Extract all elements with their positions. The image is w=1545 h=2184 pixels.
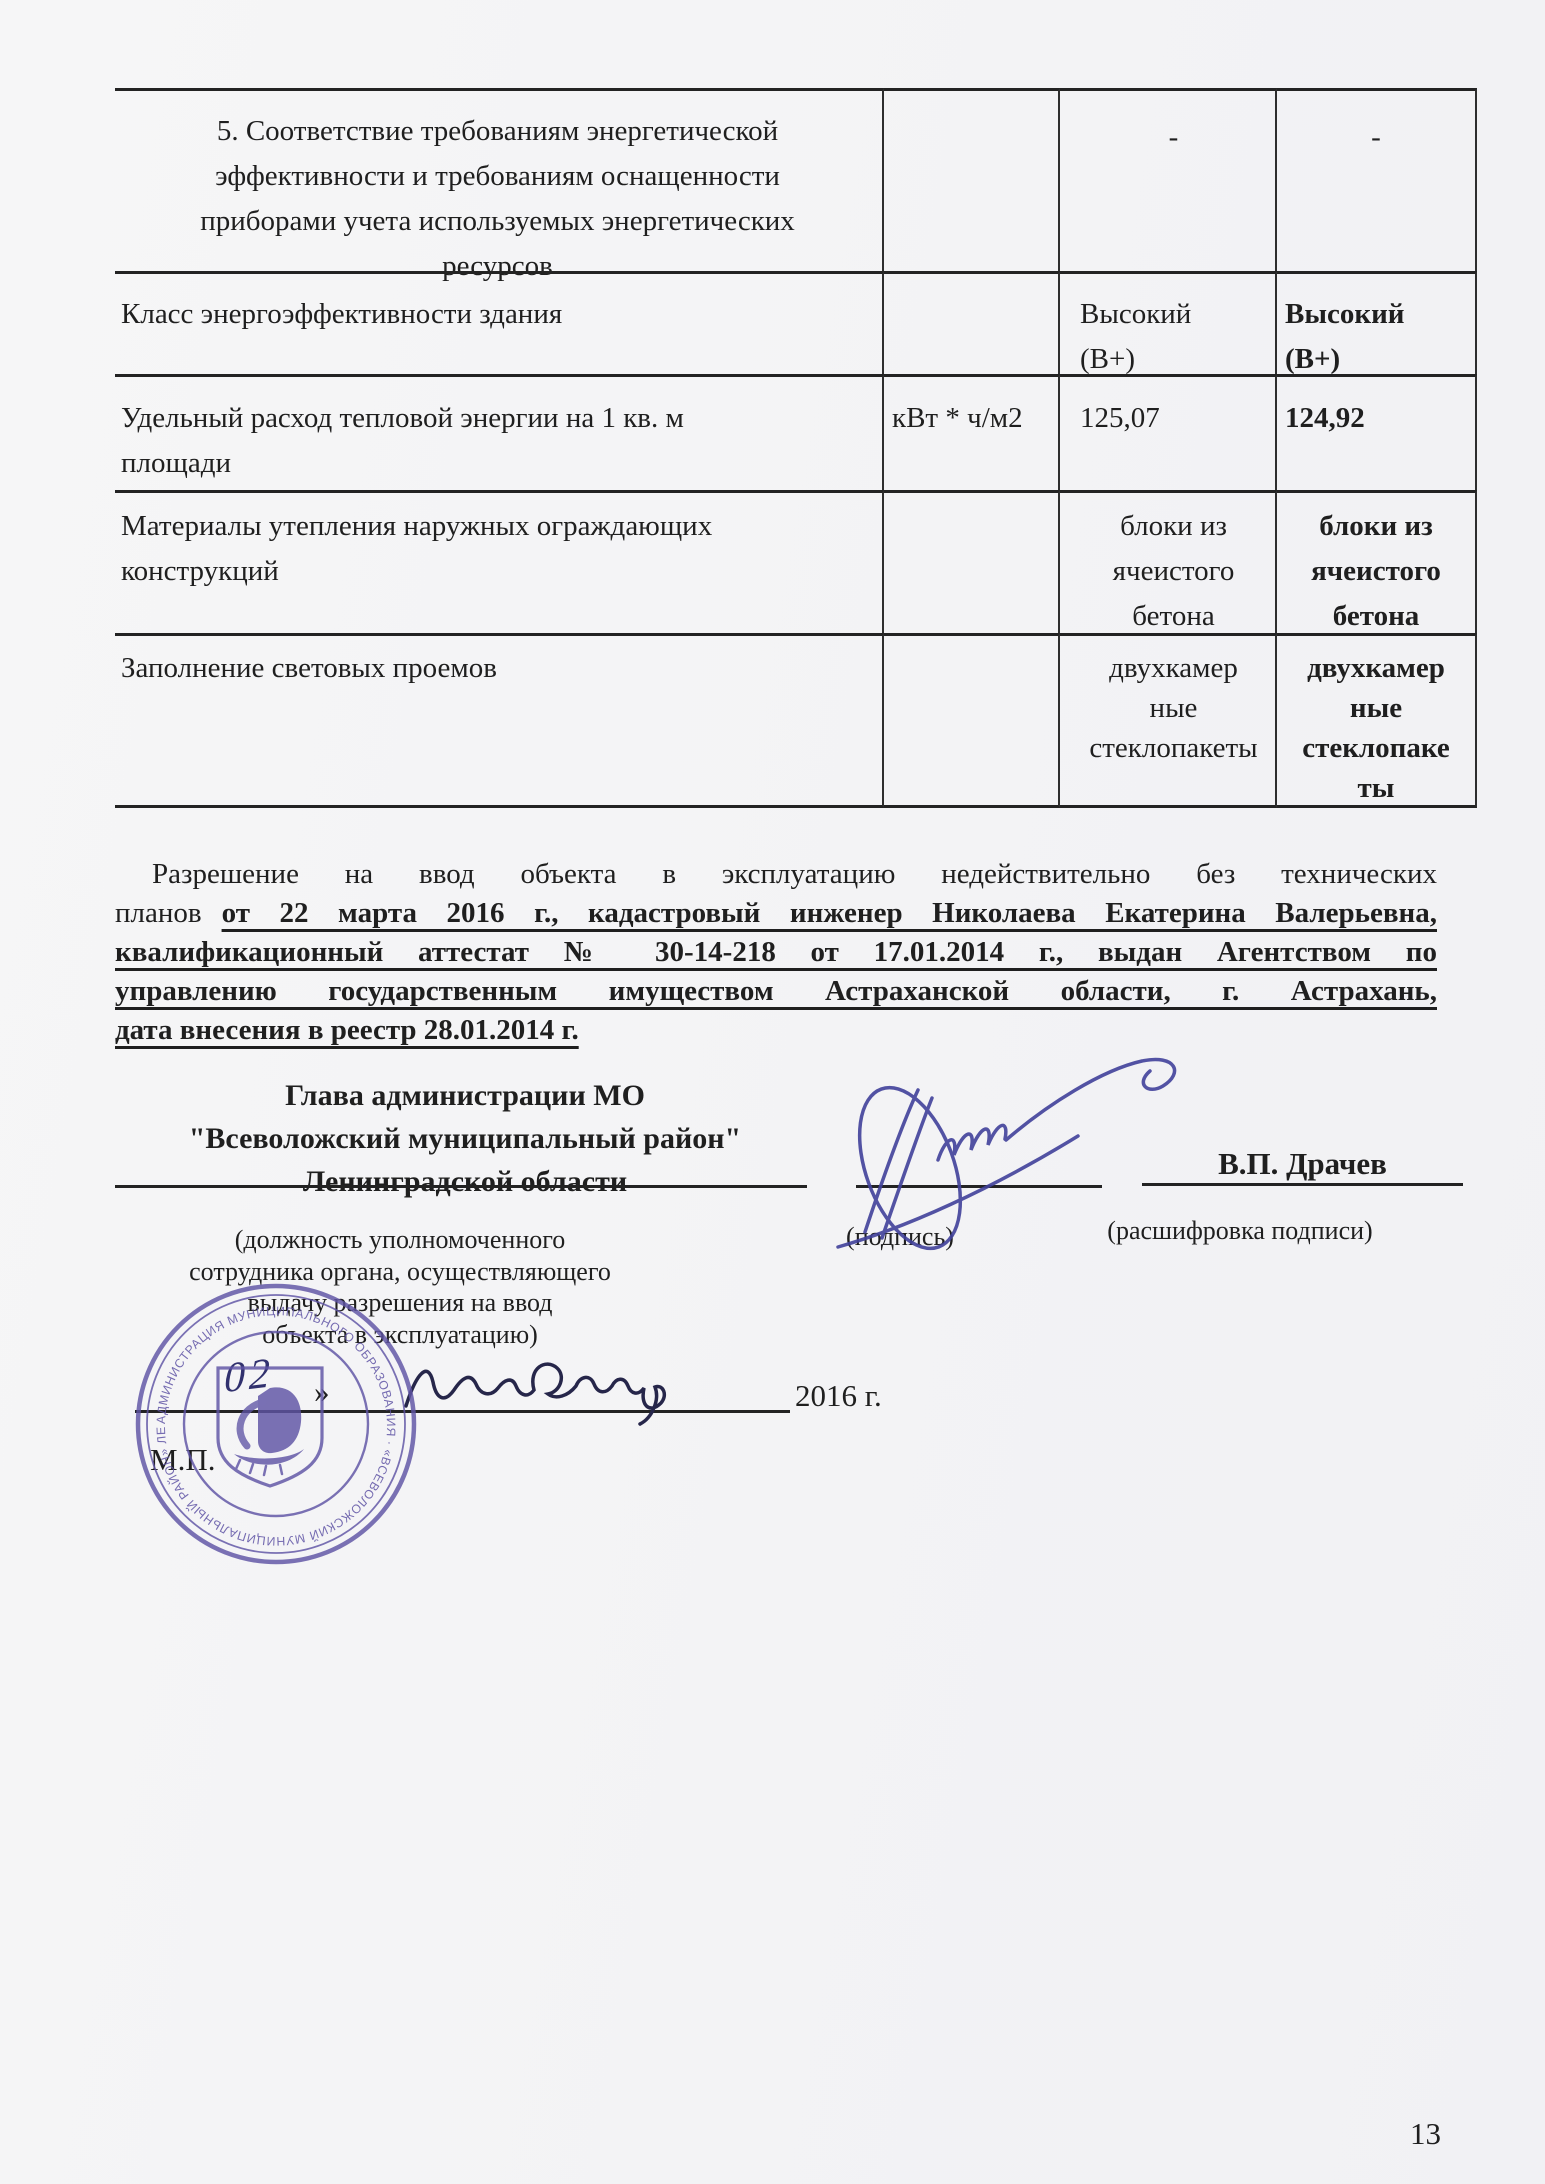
- value-cell-actual: -: [1277, 88, 1477, 271]
- registry-date-info: дата внесения в реестр 28.01.2014 г.: [115, 1014, 579, 1046]
- year-label: 2016 г.: [795, 1378, 882, 1414]
- paragraph-line: плановот 22 марта 2016 г., кадастровый и…: [115, 894, 1437, 933]
- page-number: 13: [1410, 2116, 1441, 2152]
- handwritten-signature: [810, 1040, 1240, 1270]
- handwritten-month: [400, 1348, 690, 1433]
- value-cell-design: Высокий (В+): [1060, 271, 1277, 374]
- value-cell-design: 125,07: [1060, 374, 1277, 490]
- value-cell-design: двухкамер ные стеклопакеты: [1060, 633, 1277, 808]
- value-cell-design: -: [1060, 88, 1277, 271]
- position-underline: [115, 1185, 807, 1188]
- unit-cell: кВт * ч/м2: [884, 374, 1060, 490]
- unit-cell: [884, 633, 1060, 808]
- value-cell-actual: Высокий (В+): [1277, 271, 1477, 374]
- row-label: Удельный расход тепловой энергии на 1 кв…: [115, 374, 884, 490]
- value-cell-design: блоки из ячеистого бетона: [1060, 490, 1277, 633]
- scanned-document-page: 5. Соответствие требованиям энергетическ…: [0, 0, 1545, 2184]
- value-cell-actual: двухкамер ные стеклопаке ты: [1277, 633, 1477, 808]
- validity-paragraph: Разрешение на ввод объекта в эксплуатаци…: [115, 855, 1437, 1050]
- signatory-position-title: Глава администрации МО "Всеволожский мун…: [115, 1074, 815, 1203]
- municipal-round-stamp: АДМИНИСТРАЦИЯ МУНИЦИПАЛЬНОГО ОБРАЗОВАНИЯ…: [120, 1266, 432, 1582]
- stamp-ship-emblem: [234, 1387, 304, 1464]
- paragraph-line: квалификационный аттестат № 30-14-218 от…: [115, 933, 1437, 972]
- paragraph-line: управлению государственным имуществом Ас…: [115, 972, 1437, 1011]
- row-label: Материалы утепления наружных ограждающих…: [115, 490, 884, 633]
- attestation-info: квалификационный аттестат № 30-14-218 от…: [115, 936, 1437, 968]
- compliance-table: 5. Соответствие требованиям энергетическ…: [115, 88, 1477, 808]
- unit-cell: [884, 88, 1060, 271]
- unit-cell: [884, 271, 1060, 374]
- unit-cell: [884, 490, 1060, 633]
- agency-info: управлению государственным имуществом Ас…: [115, 975, 1437, 1007]
- cadastral-engineer-info: от 22 марта 2016 г., кадастровый инженер…: [222, 897, 1437, 929]
- value-cell-actual: 124,92: [1277, 374, 1477, 490]
- paragraph-plain-text: планов: [115, 897, 202, 929]
- value-cell-actual: блоки из ячеистого бетона: [1277, 490, 1477, 633]
- row-label: Заполнение световых проемов: [115, 633, 884, 808]
- paragraph-line: Разрешение на ввод объекта в эксплуатаци…: [115, 855, 1437, 894]
- row-label: 5. Соответствие требованиям энергетическ…: [115, 88, 884, 271]
- row-label: Класс энергоэффективности здания: [115, 271, 884, 374]
